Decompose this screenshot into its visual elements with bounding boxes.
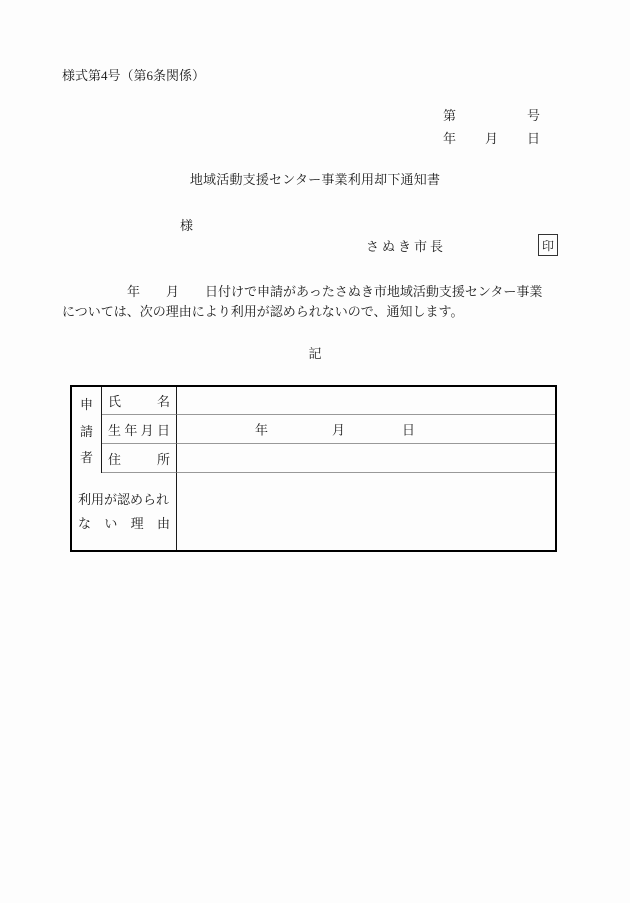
birthdate-label-cell: 生 年 月 日 — [102, 415, 177, 444]
body-text-line2: については、次の理由により利用が認められないので、通知します。 — [62, 301, 463, 320]
seal-stamp-box: 印 — [538, 234, 558, 256]
applicant-char-2: 請 — [80, 421, 93, 440]
date-year-label: 年 — [443, 128, 456, 147]
birthdate-year-label: 年 — [255, 420, 268, 439]
document-title: 地域活動支援センター事業利用却下通知書 — [0, 169, 630, 188]
sender-name: さぬき市長 — [366, 236, 446, 255]
applicant-info-table: 申 請 者 氏 名 生 年 月 日 年 月 日 住 所 利用が認められ な い … — [70, 385, 557, 552]
address-value-cell — [177, 444, 555, 473]
date-day-label: 日 — [527, 128, 540, 147]
applicant-char-1: 申 — [80, 394, 93, 413]
document-page: 様式第4号（第6条関係） 第 号 年 月 日 地域活動支援センター事業利用却下通… — [0, 0, 630, 903]
body-text-line1: 年 月 日付けで申請があったさぬき市地域活動支援センター事業 — [127, 281, 542, 300]
rejection-reason-label-line1: 利用が認められ — [78, 488, 170, 512]
birthdate-day-label: 日 — [402, 420, 415, 439]
name-label-cell: 氏 名 — [102, 387, 177, 415]
rejection-reason-value-cell — [177, 473, 555, 550]
name-value-cell — [177, 387, 555, 415]
name-label: 氏 名 — [108, 391, 170, 410]
birthdate-label: 生 年 月 日 — [108, 420, 170, 439]
document-number-line: 第 号 — [0, 105, 630, 121]
rejection-reason-label-line2: な い 理 由 — [78, 512, 170, 536]
doc-number-prefix: 第 — [443, 105, 456, 124]
addressee-honorific: 様 — [180, 215, 193, 234]
form-number: 様式第4号（第6条関係） — [62, 65, 205, 84]
doc-number-suffix: 号 — [527, 105, 540, 124]
document-date-line: 年 月 日 — [0, 128, 630, 144]
birthdate-month-label: 月 — [332, 420, 345, 439]
applicant-group-header: 申 請 者 — [72, 387, 102, 473]
birthdate-value-cell: 年 月 日 — [177, 415, 555, 444]
rejection-reason-label-cell: 利用が認められ な い 理 由 — [72, 473, 177, 550]
applicant-char-3: 者 — [80, 447, 93, 466]
date-month-label: 月 — [485, 128, 498, 147]
address-label: 住 所 — [108, 449, 170, 468]
address-label-cell: 住 所 — [102, 444, 177, 473]
seal-character: 印 — [542, 237, 554, 254]
record-marker: 記 — [0, 343, 630, 362]
